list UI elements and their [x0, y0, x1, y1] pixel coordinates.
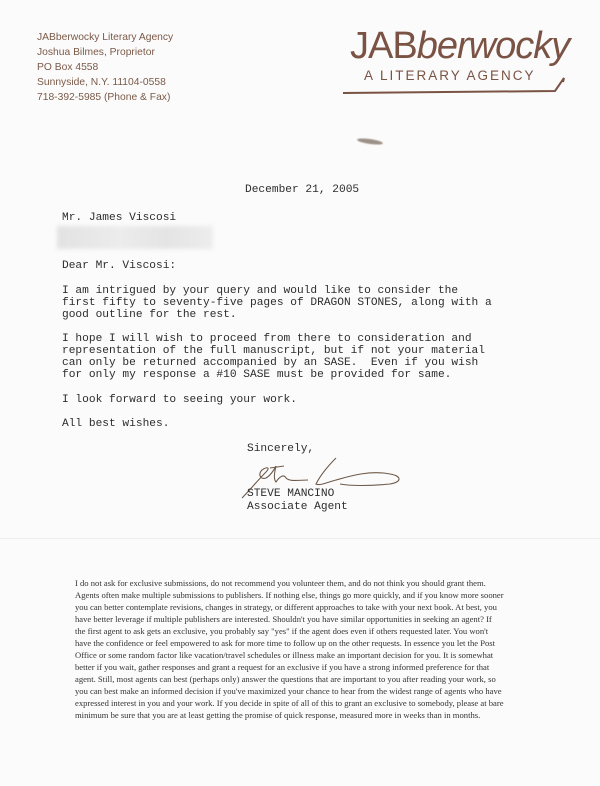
agency-name: JABberwocky Literary Agency — [37, 30, 173, 45]
body-paragraph-3: I look forward to seeing your work. — [62, 394, 297, 406]
footnote-line: expressed interest in you and your work.… — [75, 697, 595, 709]
letter-date: December 21, 2005 — [245, 184, 359, 196]
footnote-line: you can best make an informed decision i… — [75, 685, 595, 697]
salutation: Dear Mr. Viscosi: — [62, 260, 176, 272]
footnote-line: the first agent to ask gets an exclusive… — [75, 625, 595, 637]
footnote-line: agent. Still, most agents can best (perh… — [75, 673, 595, 685]
po-box: PO Box 4558 — [37, 60, 173, 75]
body-paragraph-4: All best wishes. — [62, 418, 169, 430]
footnote-line: you can better contemplate revisions, ch… — [75, 601, 595, 613]
city-state-zip: Sunnyside, N.Y. 11104-0558 — [37, 75, 173, 90]
exclusivity-policy-note: I do not ask for exclusive submissions, … — [75, 577, 595, 721]
proprietor: Joshua Bilmes, Proprietor — [37, 45, 173, 60]
footnote-line: have better leverage if multiple publish… — [75, 613, 595, 625]
footnote-line: Office or some random factor like vacati… — [75, 649, 595, 661]
footnote-line: minimum be sure that you are at least ge… — [75, 709, 595, 721]
footnote-line: I do not ask for exclusive submissions, … — [75, 577, 595, 589]
redacted-address — [57, 226, 213, 249]
footnote-line: have the confidence or feel empowered to… — [75, 637, 595, 649]
agency-address-block: JABberwocky Literary Agency Joshua Bilme… — [37, 30, 173, 105]
recipient-name: Mr. James Viscosi — [62, 212, 176, 224]
body-paragraph-2: I hope I will wish to proceed from there… — [62, 333, 485, 381]
ink-smudge — [357, 137, 383, 146]
phone-fax: 718-392-5985 (Phone & Fax) — [37, 90, 173, 105]
signer-title: Associate Agent — [247, 501, 348, 513]
logo-tagline: A LITERARY AGENCY — [364, 68, 536, 83]
footnote-line: better if you wait, gather responses and… — [75, 661, 595, 673]
footnote-line: Agents often make multiple submissions t… — [75, 589, 595, 601]
agency-logo: JABberwocky A LITERARY AGENCY — [342, 30, 567, 86]
body-paragraph-1: I am intrigued by your query and would l… — [62, 285, 492, 321]
signer-name: STEVE MANCINO — [247, 488, 334, 500]
page-fold-line — [0, 538, 600, 539]
